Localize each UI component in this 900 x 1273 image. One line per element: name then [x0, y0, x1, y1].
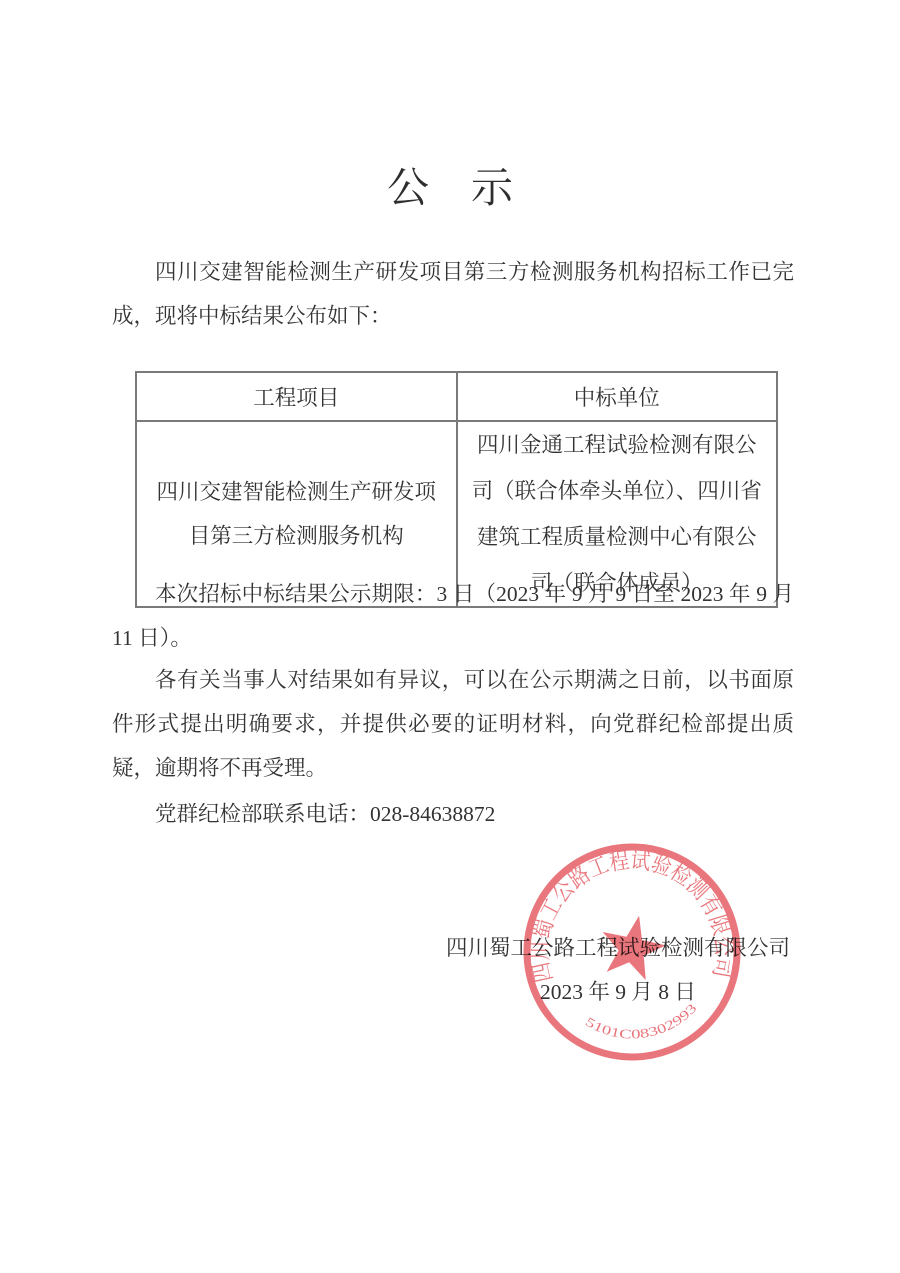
intro-paragraph: 四川交建智能检测生产研发项目第三方检测服务机构招标工作已完成，现将中标结果公布如…: [112, 250, 794, 338]
table-header-project: 工程项目: [136, 372, 457, 421]
page-title: 公 示: [0, 162, 900, 216]
signature-block: 四川蜀工公路工程试验检测有限公司 2023 年 9 月 8 日: [446, 926, 790, 1014]
contact-paragraph: 党群纪检部联系电话：028-84638872: [112, 792, 794, 836]
notice-page: 公 示 四川交建智能检测生产研发项目第三方检测服务机构招标工作已完成，现将中标结…: [0, 0, 900, 1273]
company-name: 四川蜀工公路工程试验检测有限公司: [446, 926, 790, 970]
period-paragraph: 本次招标中标结果公示期限：3 日（2023 年 9 月 9 日至 2023 年 …: [112, 572, 794, 660]
table-header-row: 工程项目 中标单位: [136, 372, 777, 421]
sign-date: 2023 年 9 月 8 日: [446, 970, 790, 1014]
objection-paragraph: 各有关当事人对结果如有异议，可以在公示期满之日前，以书面原件形式提出明确要求，并…: [112, 658, 794, 790]
table-header-winner: 中标单位: [457, 372, 778, 421]
